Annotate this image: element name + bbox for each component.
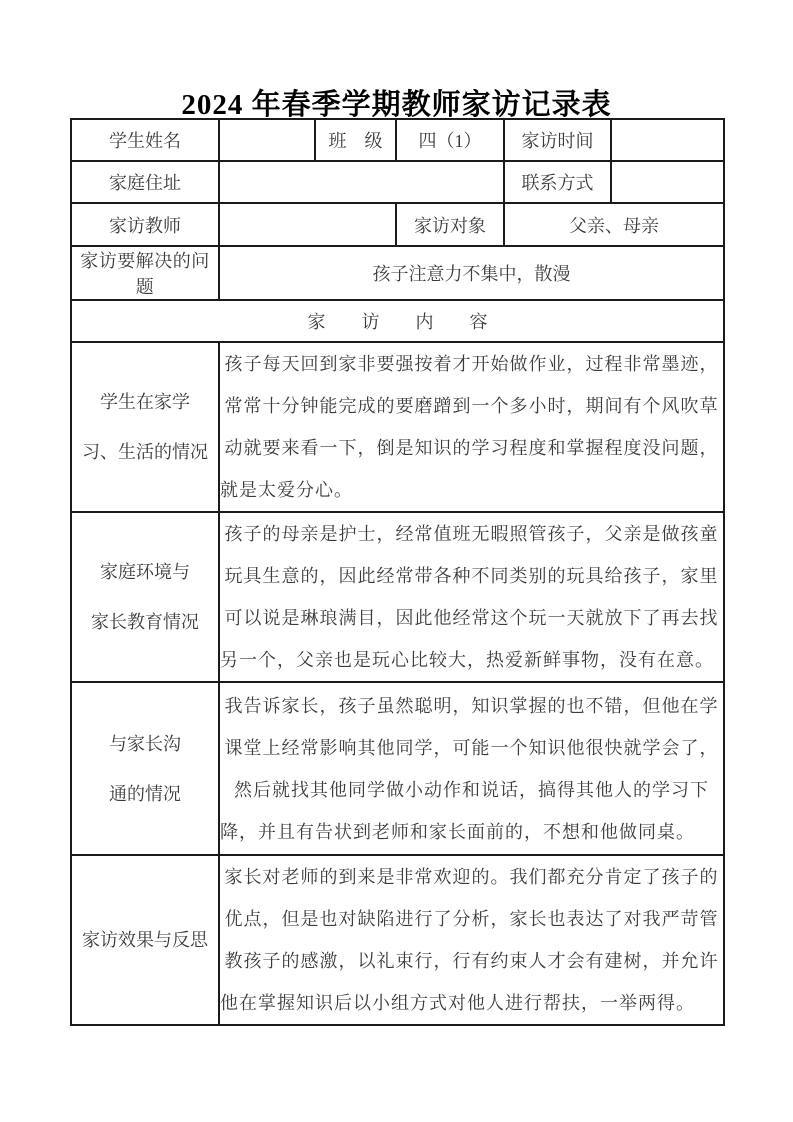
parent-communication-content: 我告诉家长，孩子虽然聪明，知识掌握的也不错，但他在学课堂上经常影响其他同学，可能… bbox=[219, 682, 724, 855]
visit-teacher-field[interactable] bbox=[219, 203, 396, 246]
table-row: 家访效果与反思 家长对老师的到来是非常欢迎的。我们都充分肯定了孩子的优点，但是也… bbox=[71, 855, 724, 1025]
document-page: 2024 年春季学期教师家访记录表 学生姓名 班 级 四（1） 家访时间 家庭住… bbox=[0, 0, 793, 1122]
visit-time-label: 家访时间 bbox=[504, 119, 611, 161]
class-label: 班 级 bbox=[315, 119, 396, 161]
problem-label: 家访要解决的问题 bbox=[71, 246, 219, 300]
contact-label: 联系方式 bbox=[504, 161, 611, 203]
visit-content-section-header: 家 访 内 容 bbox=[71, 300, 724, 342]
table-row: 家访要解决的问题 孩子注意力不集中，散漫 bbox=[71, 246, 724, 300]
contact-field[interactable] bbox=[611, 161, 724, 203]
student-name-label: 学生姓名 bbox=[71, 119, 219, 161]
family-environment-label: 家庭环境与 家长教育情况 bbox=[71, 512, 219, 682]
parent-communication-label: 与家长沟 通的情况 bbox=[71, 682, 219, 855]
student-home-study-content: 孩子每天回到家非要强按着才开始做作业，过程非常墨迹，常常十分钟能完成的要磨蹭到一… bbox=[219, 342, 724, 512]
table-row: 家访教师 家访对象 父亲、母亲 bbox=[71, 203, 724, 246]
visit-target-value: 父亲、母亲 bbox=[504, 203, 724, 246]
problem-value: 孩子注意力不集中，散漫 bbox=[219, 246, 724, 300]
table-row: 家庭住址 联系方式 bbox=[71, 161, 724, 203]
table-row: 家 访 内 容 bbox=[71, 300, 724, 342]
visit-effect-reflection-content: 家长对老师的到来是非常欢迎的。我们都充分肯定了孩子的优点，但是也对缺陷进行了分析… bbox=[219, 855, 724, 1025]
visit-teacher-label: 家访教师 bbox=[71, 203, 219, 246]
page-title: 2024 年春季学期教师家访记录表 bbox=[0, 82, 793, 123]
table-row: 学生在家学 习、生活的情况 孩子每天回到家非要强按着才开始做作业，过程非常墨迹，… bbox=[71, 342, 724, 512]
student-name-field[interactable] bbox=[219, 119, 315, 161]
visit-time-field[interactable] bbox=[611, 119, 724, 161]
home-address-label: 家庭住址 bbox=[71, 161, 219, 203]
student-home-study-label: 学生在家学 习、生活的情况 bbox=[71, 342, 219, 512]
family-environment-content: 孩子的母亲是护士，经常值班无暇照管孩子，父亲是做孩童玩具生意的，因此经常带各种不… bbox=[219, 512, 724, 682]
table-row: 学生姓名 班 级 四（1） 家访时间 bbox=[71, 119, 724, 161]
home-visit-record-table: 学生姓名 班 级 四（1） 家访时间 家庭住址 联系方式 家访教师 家访对象 父… bbox=[70, 118, 725, 1026]
class-value: 四（1） bbox=[396, 119, 504, 161]
visit-effect-reflection-label: 家访效果与反思 bbox=[71, 855, 219, 1025]
home-address-field[interactable] bbox=[219, 161, 504, 203]
visit-target-label: 家访对象 bbox=[396, 203, 504, 246]
table-row: 与家长沟 通的情况 我告诉家长，孩子虽然聪明，知识掌握的也不错，但他在学课堂上经… bbox=[71, 682, 724, 855]
table-row: 家庭环境与 家长教育情况 孩子的母亲是护士，经常值班无暇照管孩子，父亲是做孩童玩… bbox=[71, 512, 724, 682]
